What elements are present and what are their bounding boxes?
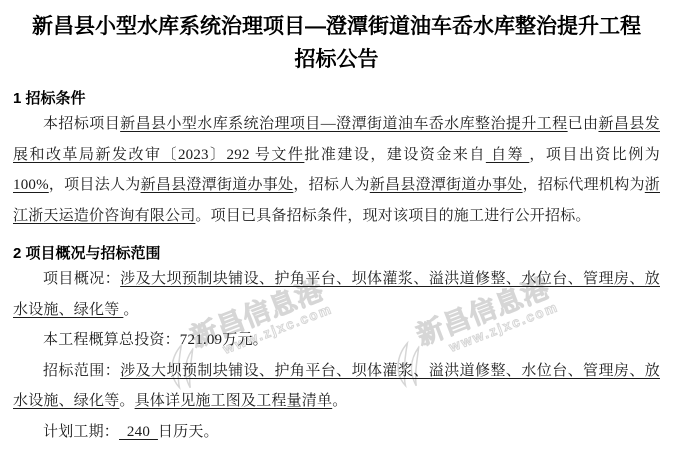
underlined-text: 240 xyxy=(119,424,158,440)
section-heading: 1 招标条件 xyxy=(13,89,660,109)
text-run: ，招标代理机构为 xyxy=(523,177,645,193)
paragraph: 本工程概算总投资：721.09万元。 xyxy=(13,325,660,356)
text-run: 本招标项目 xyxy=(43,116,120,132)
text-run: 。 xyxy=(123,302,138,318)
underlined-text: 具体详见施工图及工程量清单 xyxy=(135,393,333,409)
document-content: 新昌县小型水库系统治理项目—澄潭街道油车岙水库整治提升工程 招标公告 1 招标条… xyxy=(13,10,660,447)
text-run: 招标范围： xyxy=(43,363,120,379)
text-run: 计划工期： xyxy=(43,424,119,440)
underlined-text: 自筹 xyxy=(486,147,529,163)
tender-notice-document: 新昌信息港 www.zjxc.com 新昌信息港 www.zjxc.com 新昌… xyxy=(0,0,674,457)
text-run: 已由 xyxy=(568,116,599,132)
text-run: 本工程概算总投资：721.09万元。 xyxy=(43,332,268,348)
document-title-line2: 招标公告 xyxy=(13,43,660,76)
text-run: ，项目法人为 xyxy=(49,177,141,193)
document-title-line1: 新昌县小型水库系统治理项目—澄潭街道油车岙水库整治提升工程 xyxy=(13,10,660,43)
text-run: ，招标人为 xyxy=(293,177,369,193)
underlined-text: 新昌县小型水库系统治理项目—澄潭街道油车岙水库整治提升工程 xyxy=(120,116,567,132)
paragraph: 项目概况：涉及大坝预制块铺设、护角平台、坝体灌浆、溢洪道修整、水位台、管理房、放… xyxy=(13,264,660,325)
text-run: ，项目出资比例为 xyxy=(529,147,660,163)
text-run: 。 xyxy=(332,393,347,409)
section-heading: 2 项目概况与招标范围 xyxy=(13,244,660,264)
underlined-text: 新昌县澄潭街道办事处 xyxy=(370,177,523,193)
text-run: 批准建设，建设资金来自 xyxy=(304,147,485,163)
paragraph: 本招标项目新昌县小型水库系统治理项目—澄潭街道油车岙水库整治提升工程已由新昌县发… xyxy=(13,109,660,231)
text-run: 。 xyxy=(119,393,134,409)
text-run: 日历天。 xyxy=(158,424,219,440)
underlined-text: 100% xyxy=(13,177,49,193)
paragraph: 招标范围：涉及大坝预制块铺设、护角平台、坝体灌浆、溢洪道修整、水位台、管理房、放… xyxy=(13,356,660,417)
underlined-text: 新昌县澄潭街道办事处 xyxy=(141,177,294,193)
text-run: 。项目已具备招标条件，现对该项目的施工进行公开招标。 xyxy=(195,208,590,224)
paragraph: 计划工期： 240 日历天。 xyxy=(13,417,660,448)
text-run: 项目概况： xyxy=(43,271,120,287)
document-sections: 1 招标条件本招标项目新昌县小型水库系统治理项目—澄潭街道油车岙水库整治提升工程… xyxy=(13,89,660,447)
